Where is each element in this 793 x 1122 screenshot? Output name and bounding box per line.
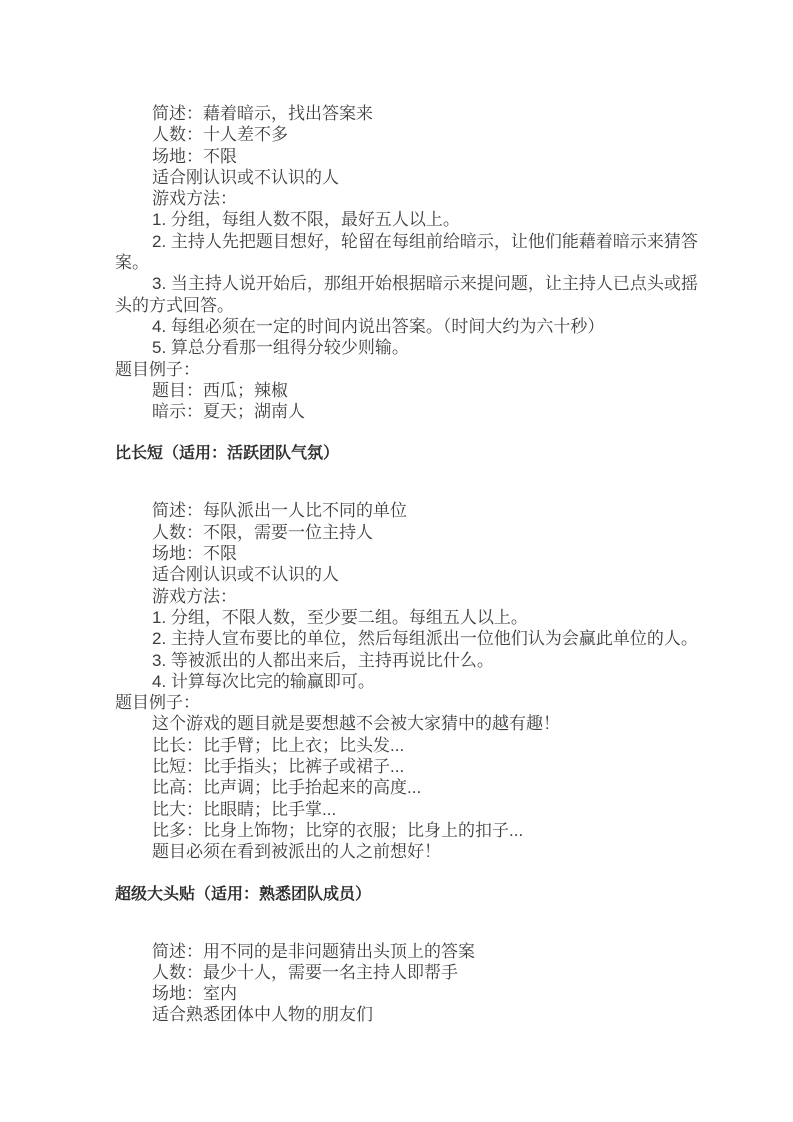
text-line: 2. 主持人宣布要比的单位，然后每组派出一位他们认为会赢此单位的人。 <box>115 628 760 649</box>
text-line: 题目例子： <box>115 359 760 380</box>
text-line: 游戏方法： <box>115 188 760 209</box>
text-line: 题目：西瓜；辣椒 <box>115 380 760 401</box>
text-line: 1. 分组，每组人数不限，最好五人以上。 <box>115 209 760 230</box>
text-line: 适合刚认识或不认识的人 <box>115 167 760 188</box>
text-line: 1. 分组，不限人数，至少要二组。每组五人以上。 <box>115 607 760 628</box>
text-line: 简述：每队派出一人比不同的单位 <box>115 500 760 521</box>
text-line: 3. 等被派出的人都出来后，主持再说比什么。 <box>115 650 760 671</box>
text-line: 4. 计算每次比完的输赢即可。 <box>115 671 760 692</box>
text-line: 案。 <box>115 252 760 273</box>
text-line: 比长：比手臂；比上衣；比头发... <box>115 735 760 756</box>
text-line: 比大：比眼睛；比手掌... <box>115 799 760 820</box>
text-line: 场地：不限 <box>115 146 760 167</box>
text-line: 题目例子： <box>115 692 760 713</box>
text-line: 场地：室内 <box>115 983 760 1004</box>
text-line: 比多：比身上饰物；比穿的衣服；比身上的扣子... <box>115 820 760 841</box>
text-line: 人数：十人差不多 <box>115 124 760 145</box>
text-line: 简述：藉着暗示，找出答案来 <box>115 103 760 124</box>
text-line: 题目必须在看到被派出的人之前想好！ <box>115 841 760 862</box>
text-line: 适合刚认识或不认识的人 <box>115 564 760 585</box>
text-line: 5. 算总分看那一组得分较少则输。 <box>115 337 760 358</box>
text-line: 游戏方法： <box>115 586 760 607</box>
text-line: 简述：用不同的是非问题猜出头顶上的答案 <box>115 941 760 962</box>
text-line: 暗示：夏天；湖南人 <box>115 401 760 422</box>
section-heading: 比长短（适用：活跃团队气氛） <box>115 441 760 466</box>
text-line: 这个游戏的题目就是要想越不会被大家猜中的越有趣！ <box>115 713 760 734</box>
text-line: 适合熟悉团体中人物的朋友们 <box>115 1004 760 1025</box>
game-section: 比长短（适用：活跃团队气氛）简述：每队派出一人比不同的单位人数：不限，需要一位主… <box>115 441 760 862</box>
document-page: 简述：藉着暗示，找出答案来人数：十人差不多场地：不限适合刚认识或不认识的人游戏方… <box>0 0 793 1122</box>
section-heading: 超级大头贴（适用：熟悉团队成员） <box>115 882 760 907</box>
text-line: 3. 当主持人说开始后，那组开始根据暗示来提问题，让主持人已点头或摇 <box>115 273 760 294</box>
text-line: 比高：比声调；比手抬起来的高度... <box>115 777 760 798</box>
game-section: 超级大头贴（适用：熟悉团队成员）简述：用不同的是非问题猜出头顶上的答案人数：最少… <box>115 882 760 1026</box>
game-section: 简述：藉着暗示，找出答案来人数：十人差不多场地：不限适合刚认识或不认识的人游戏方… <box>115 103 760 422</box>
document-content: 简述：藉着暗示，找出答案来人数：十人差不多场地：不限适合刚认识或不认识的人游戏方… <box>115 103 760 1026</box>
text-line: 头的方式回答。 <box>115 295 760 316</box>
text-line: 人数：最少十人，需要一名主持人即帮手 <box>115 962 760 983</box>
text-line: 4. 每组必须在一定的时间内说出答案。（时间大约为六十秒） <box>115 316 760 337</box>
text-line: 人数：不限，需要一位主持人 <box>115 522 760 543</box>
text-line: 比短：比手指头；比裤子或裙子... <box>115 756 760 777</box>
text-line: 场地：不限 <box>115 543 760 564</box>
text-line: 2. 主持人先把题目想好，轮留在每组前给暗示，让他们能藉着暗示来猜答 <box>115 231 760 252</box>
